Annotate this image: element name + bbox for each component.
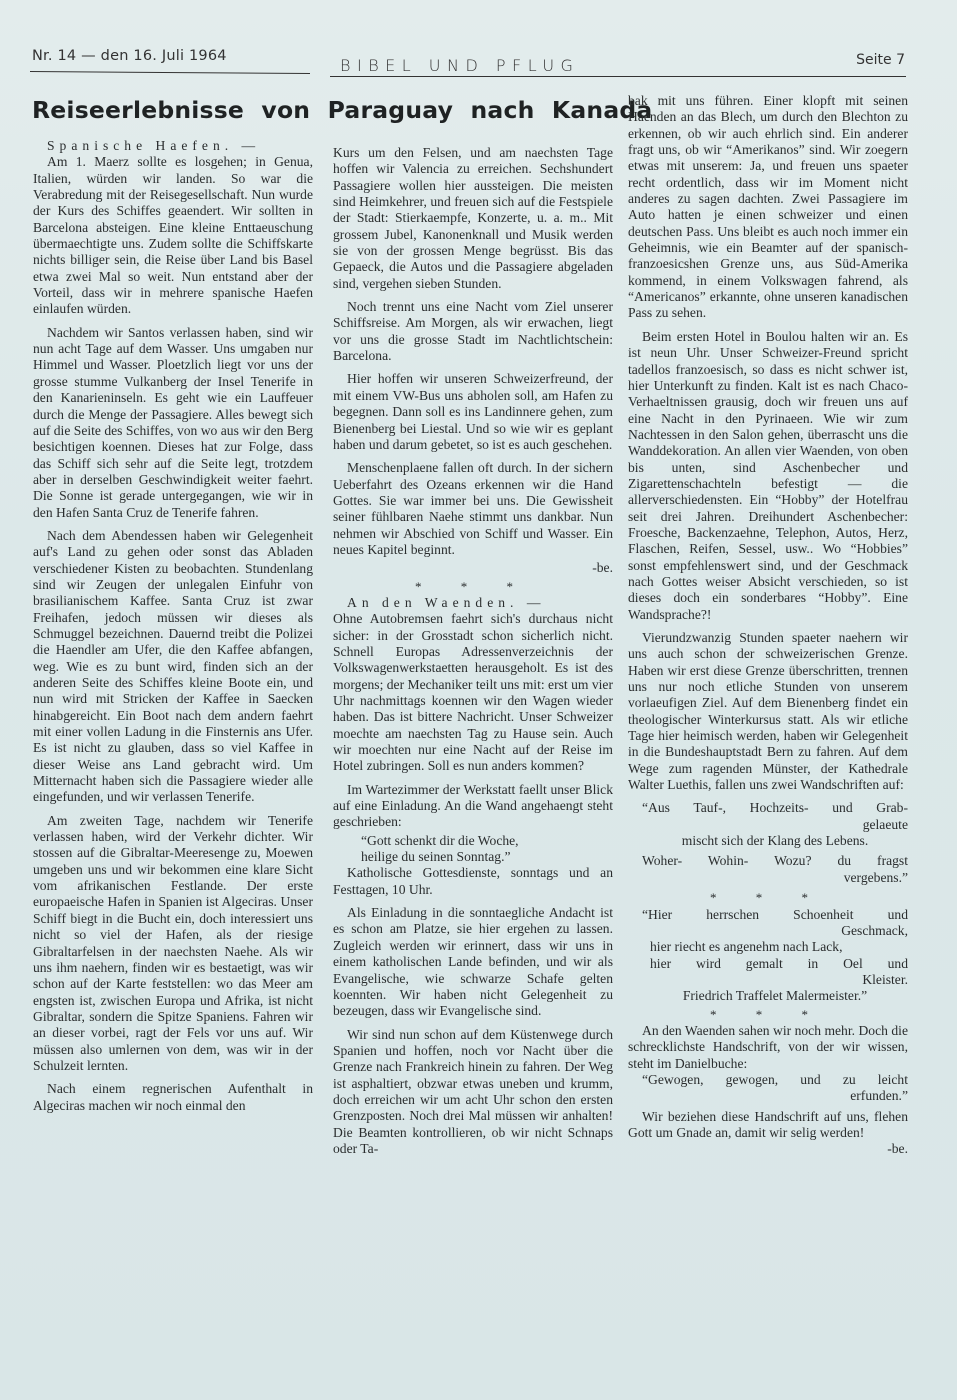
column-1: Spanische Haefen. — Am 1. Maerz sollte e… — [33, 138, 313, 1121]
paragraph: bak mit uns führen. Einer klopft mit sei… — [628, 93, 908, 322]
header-rule-left — [30, 71, 310, 74]
paragraph: Noch trennt uns eine Nacht vom Ziel unse… — [333, 299, 613, 364]
column-3: bak mit uns führen. Einer klopft mit sei… — [628, 93, 908, 1158]
newspaper-page: Nr. 14 — den 16. Juli 1964 BIBEL UND PFL… — [0, 0, 957, 1400]
paragraph: Katholische Gottesdienste, sonntags und … — [333, 865, 613, 898]
quote: “Gewogen, gewogen, und zu leicht erfunde… — [628, 1072, 908, 1105]
article-title: Reiseerlebnisse von Paraguay nach Kanada — [32, 96, 652, 124]
paragraph: Nach einem regnerischen Aufenthalt in Al… — [33, 1081, 313, 1114]
paragraph: Wir sind nun schon auf dem Küstenwege du… — [333, 1027, 613, 1158]
signature: -be. — [333, 560, 613, 576]
paragraph: Nachdem wir Santos verlassen haben, sind… — [33, 325, 313, 521]
paragraph: Am zweiten Tage, nachdem wir Tenerife ve… — [33, 813, 313, 1075]
column-2: Kurs um den Felsen, und am naechsten Tag… — [333, 145, 613, 1164]
section-heading: An den Waenden. — — [333, 595, 613, 611]
paragraph: Nach dem Abendessen haben wir Gelegenhei… — [33, 528, 313, 806]
header-rule-right — [330, 76, 906, 77]
issue-info: Nr. 14 — den 16. Juli 1964 — [32, 48, 227, 64]
paragraph: Hier hoffen wir unseren Schweizerfreund,… — [333, 371, 613, 453]
paragraph: Wir beziehen diese Handschrift auf uns, … — [628, 1109, 908, 1142]
section-divider: * * * — [628, 890, 908, 906]
paragraph: Ohne Autobremsen faehrt sich's durchaus … — [333, 611, 613, 774]
paragraph: Am 1. Maerz sollte es losgehen; in Genua… — [33, 154, 313, 317]
paragraph: Im Wartezimmer der Werkstatt faellt unse… — [333, 782, 613, 831]
signature: -be. — [628, 1141, 908, 1157]
quote: “Hier herrschen Schoenheit und Geschmack… — [628, 907, 908, 1005]
paragraph: An den Waenden sahen wir noch mehr. Doch… — [628, 1023, 908, 1072]
paragraph: Als Einladung in die sonntaegliche Andac… — [333, 905, 613, 1019]
section-divider: * * * — [628, 1007, 908, 1023]
paragraph: Vierundzwanzig Stunden spaeter naehern w… — [628, 630, 908, 793]
section-divider: * * * — [333, 579, 613, 595]
quote: “Gott schenkt dir die Woche, heilige du … — [333, 833, 613, 866]
paragraph: Menschenplaene fallen oft durch. In der … — [333, 460, 613, 558]
paragraph: Kurs um den Felsen, und am naechsten Tag… — [333, 145, 613, 292]
section-heading: Spanische Haefen. — — [33, 138, 313, 154]
paragraph: Beim ersten Hotel in Boulou halten wir a… — [628, 329, 908, 623]
page-number: Seite 7 — [856, 52, 905, 68]
quote: “Aus Tauf-, Hochzeits- und Grab- gelaeut… — [628, 800, 908, 886]
publication-name: BIBEL UND PFLUG — [340, 56, 579, 75]
